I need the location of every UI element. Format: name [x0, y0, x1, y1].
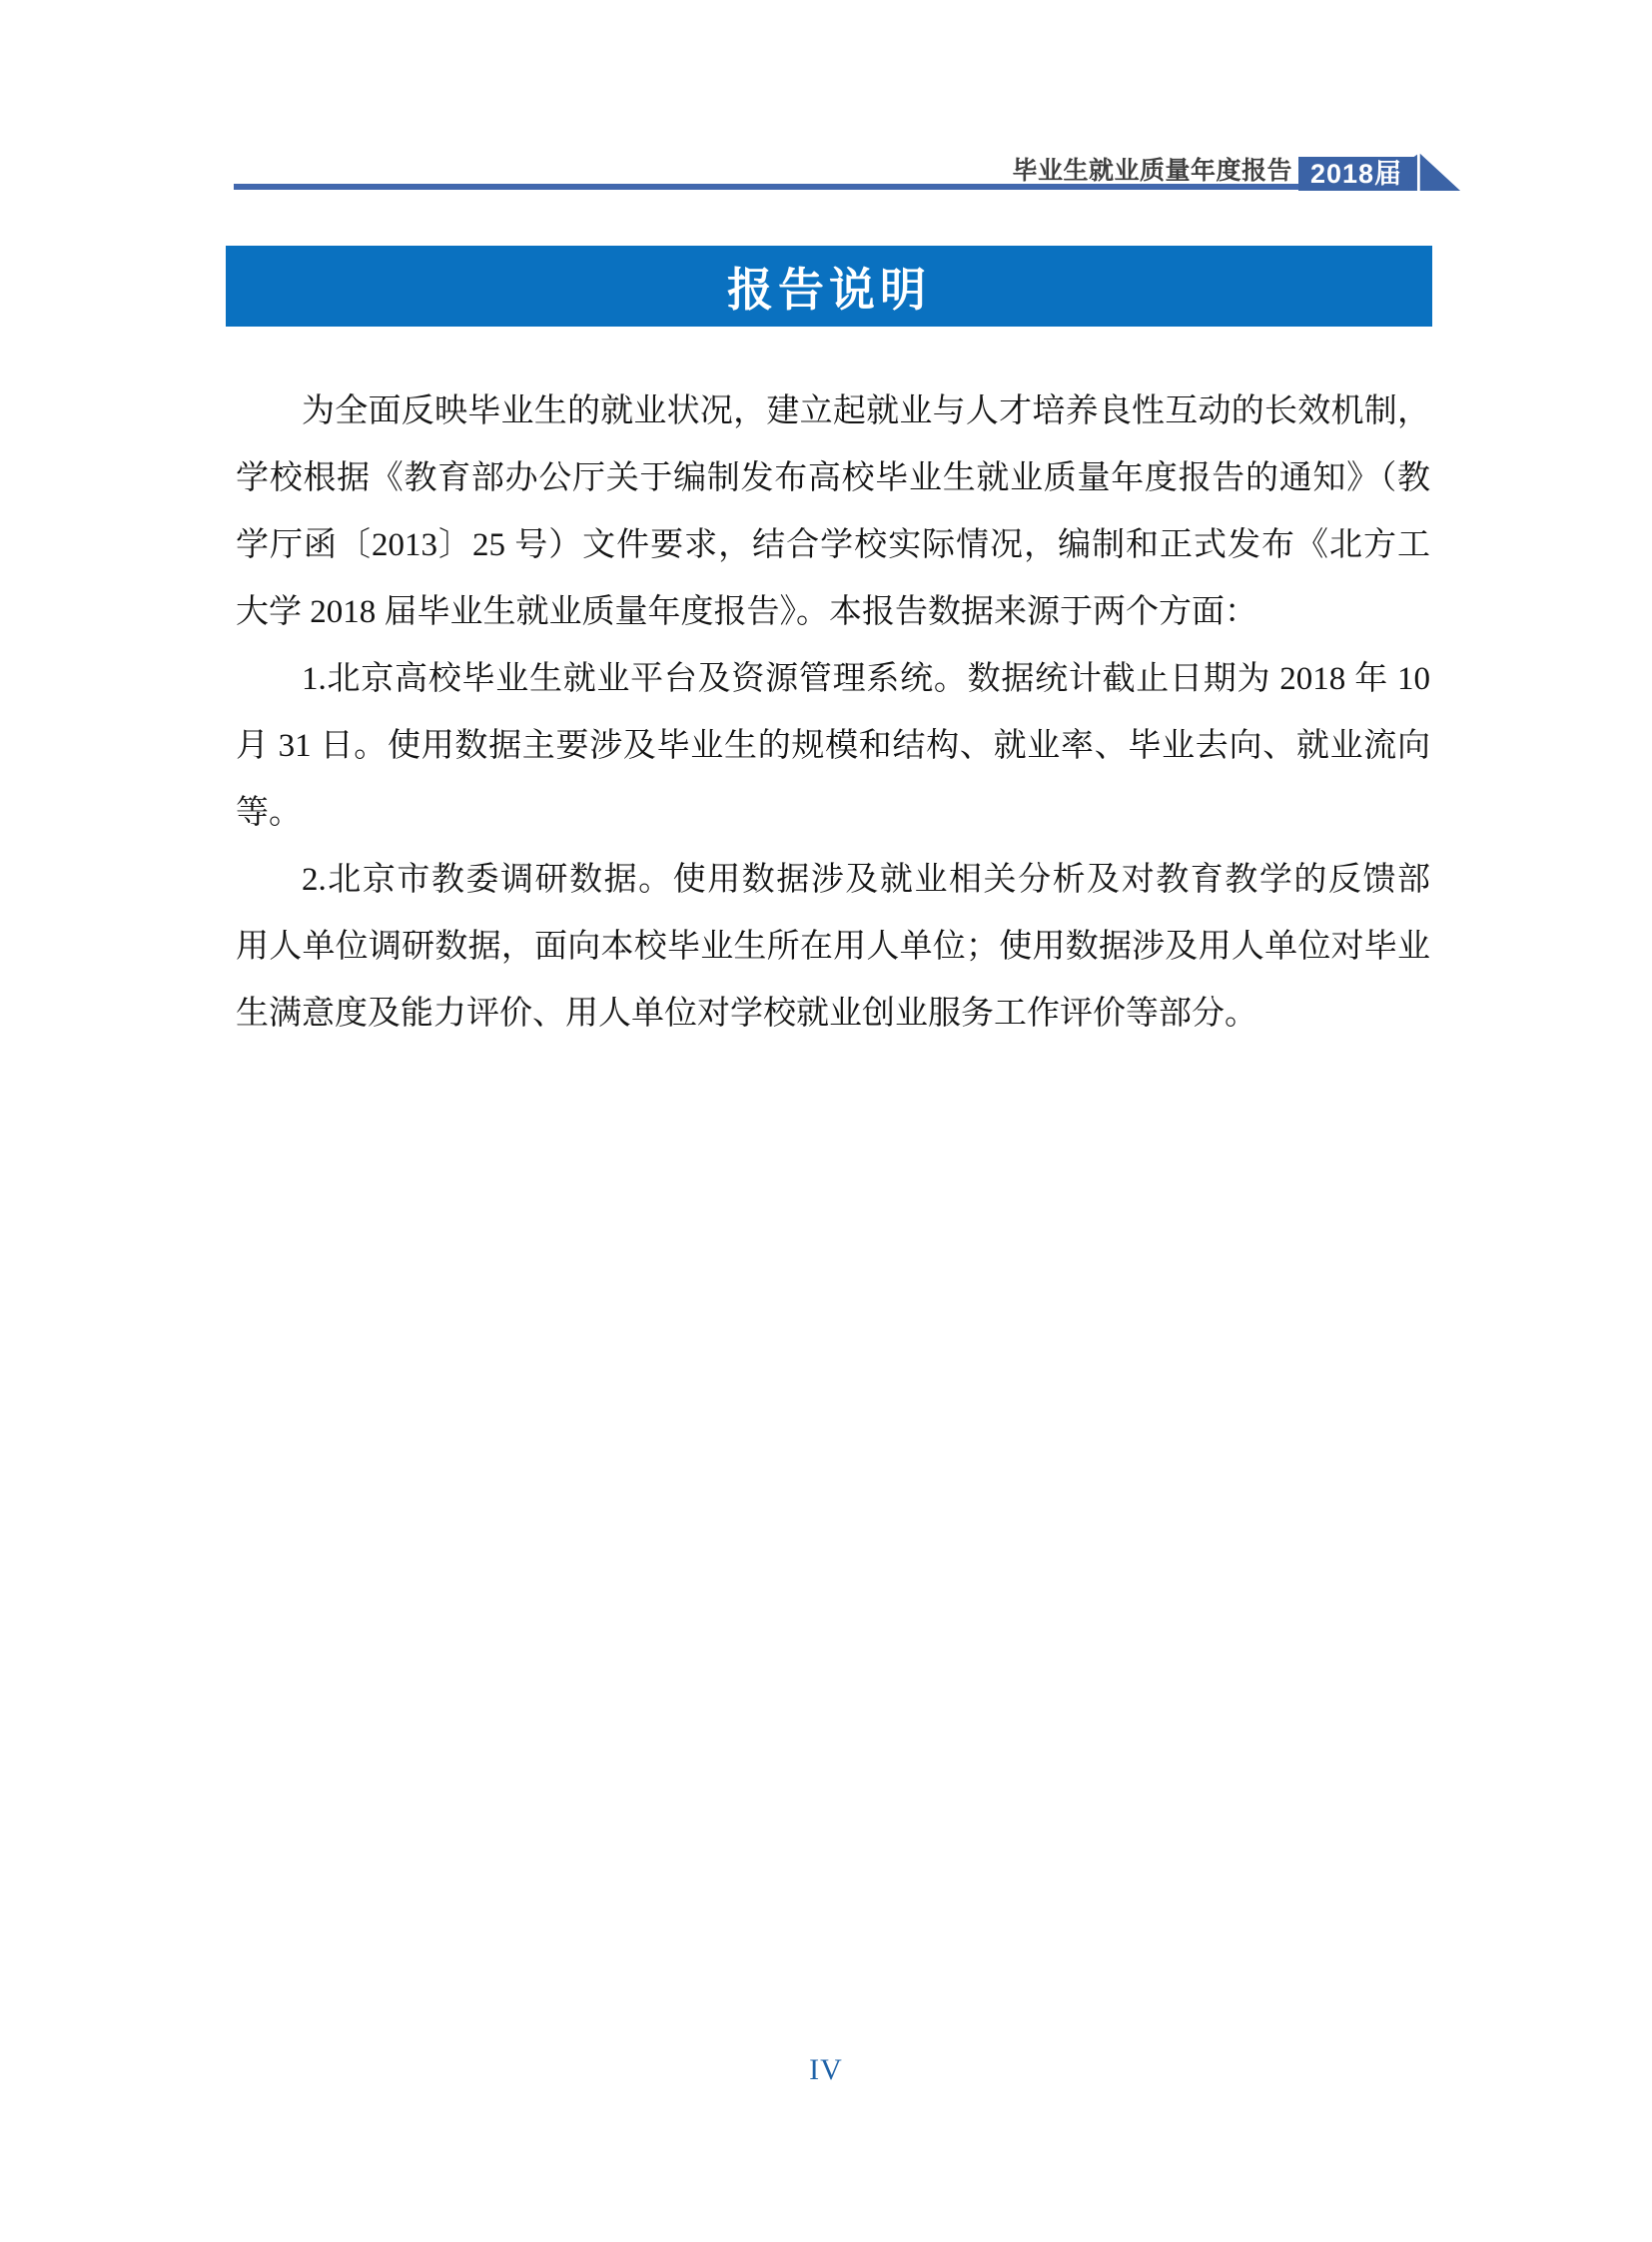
body-line: 用人单位调研数据，面向本校毕业生所在用人单位；使用数据涉及用人单位对毕业: [236, 914, 1430, 981]
year-badge: 2018届: [1298, 157, 1414, 191]
report-page: 毕业生就业质量年度报告 2018届 报告说明 为全面反映毕业生的就业状况，建立起…: [0, 0, 1652, 2242]
body-line: 月 31 日。使用数据主要涉及毕业生的规模和结构、就业率、毕业去向、就业流向: [236, 713, 1430, 780]
section-title-bar: 报告说明: [226, 246, 1432, 327]
body-line: 1.北京高校毕业生就业平台及资源管理系统。数据统计截止日期为 2018 年 10: [236, 646, 1430, 713]
body-line: 生满意度及能力评价、用人单位对学校就业创业服务工作评价等部分。: [236, 981, 1430, 1048]
body-line: 等。: [236, 780, 1430, 847]
page-number: IV: [0, 2053, 1652, 2087]
body-text: 为全面反映毕业生的就业状况，建立起就业与人才培养良性互动的长效机制， 学校根据《…: [236, 378, 1430, 1048]
body-line: 学厅函〔2013〕25 号）文件要求，结合学校实际情况，编制和正式发布《北方工业: [236, 512, 1430, 579]
body-line: 学校根据《教育部办公厅关于编制发布高校毕业生就业质量年度报告的通知》（教: [236, 445, 1430, 512]
header-rule: [234, 184, 1300, 190]
body-line: 2.北京市教委调研数据。使用数据涉及就业相关分析及对教育教学的反馈部分。: [236, 847, 1430, 914]
banner-arrow-icon: [1408, 151, 1464, 191]
header-report-title: 毕业生就业质量年度报告: [1012, 156, 1292, 186]
section-title: 报告说明: [727, 254, 931, 320]
body-line: 大学 2018 届毕业生就业质量年度报告》。本报告数据来源于两个方面：: [236, 579, 1430, 646]
body-line: 为全面反映毕业生的就业状况，建立起就业与人才培养良性互动的长效机制，: [236, 378, 1430, 445]
